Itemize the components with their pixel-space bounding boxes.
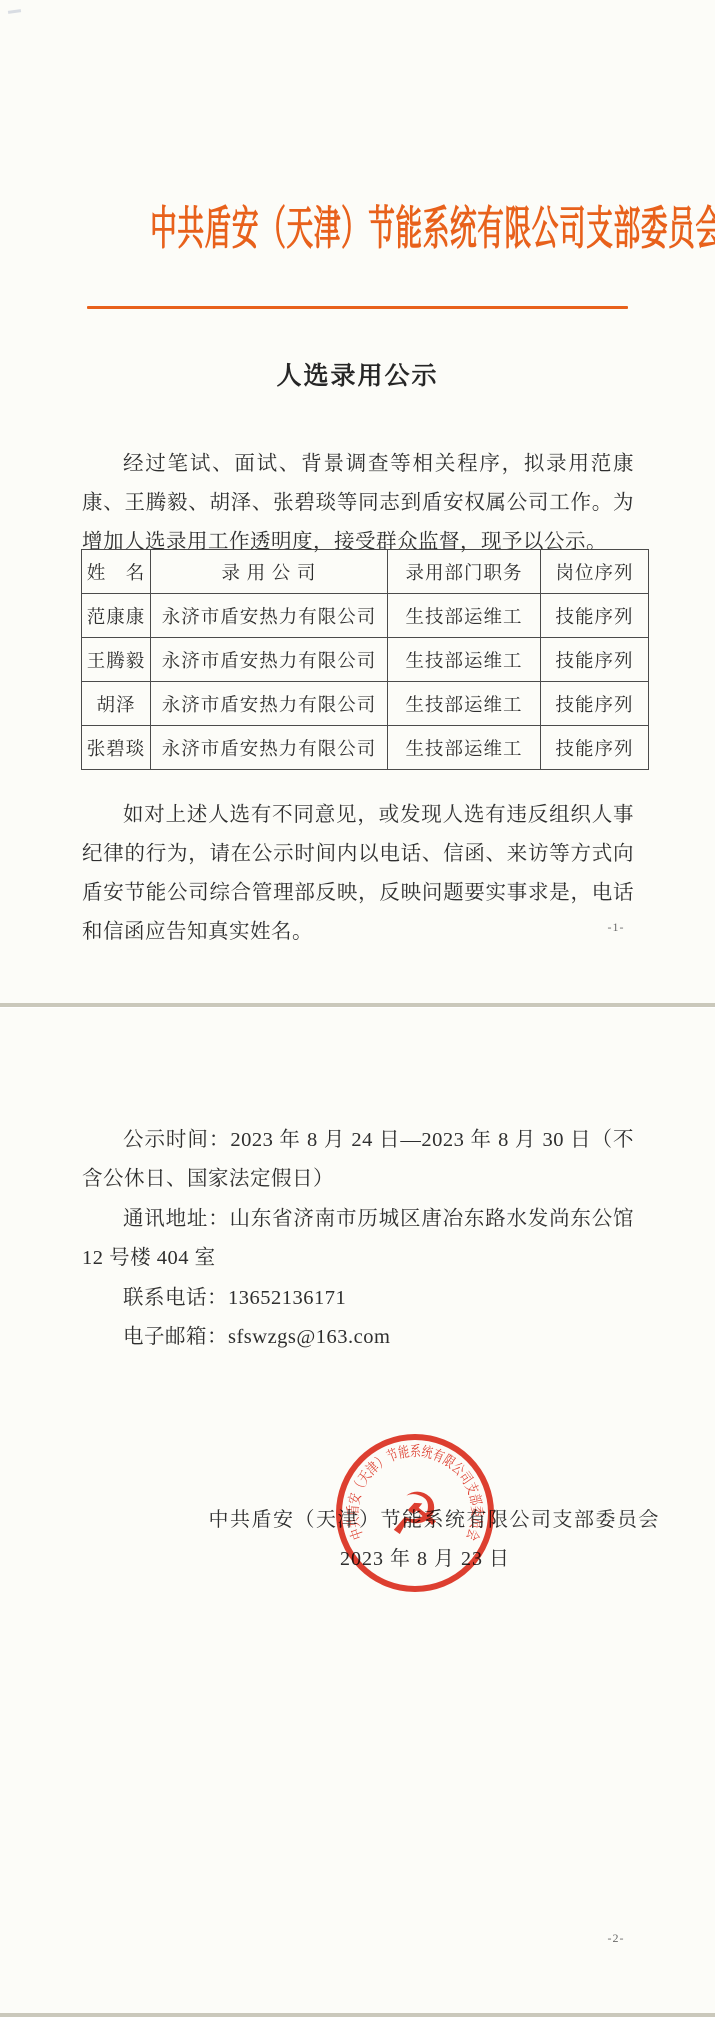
table-row: 张碧琰 永济市盾安热力有限公司 生技部运维工 技能序列 bbox=[82, 726, 649, 770]
table-cell: 生技部运维工 bbox=[388, 682, 541, 726]
table-cell: 生技部运维工 bbox=[388, 726, 541, 770]
letterhead-rule bbox=[87, 306, 628, 309]
table-cell: 生技部运维工 bbox=[388, 638, 541, 682]
table-cell: 永济市盾安热力有限公司 bbox=[151, 638, 388, 682]
table-cell: 技能序列 bbox=[541, 638, 649, 682]
scan-artifact bbox=[8, 9, 21, 14]
table-cell: 永济市盾安热力有限公司 bbox=[151, 726, 388, 770]
scanned-document: 中共盾安（天津）节能系统有限公司支部委员会 人选录用公示 经过笔试、面试、背景调… bbox=[0, 0, 715, 2021]
page-number-1: -1- bbox=[596, 920, 636, 935]
recruitment-table: 姓 名 录 用 公 司 录用部门职务 岗位序列 范康康 永济市盾安热力有限公司 … bbox=[81, 549, 649, 770]
table-header-cell: 岗位序列 bbox=[541, 550, 649, 594]
intro-paragraph: 经过笔试、面试、背景调查等相关程序，拟录用范康康、王腾毅、胡泽、张碧琰等同志到盾… bbox=[82, 445, 634, 562]
contact-email: 电子邮箱：sfswzgs@163.com bbox=[82, 1318, 634, 1357]
signature-date: 2023 年 8 月 23 日 bbox=[82, 1542, 660, 1571]
table-row: 范康康 永济市盾安热力有限公司 生技部运维工 技能序列 bbox=[82, 594, 649, 638]
page-number-2: -2- bbox=[596, 1931, 636, 1946]
feedback-paragraph: 如对上述人选有不同意见，或发现人选有违反组织人事纪律的行为，请在公示时间内以电话… bbox=[82, 796, 634, 952]
contact-phone: 联系电话：13652136171 bbox=[82, 1279, 634, 1318]
letterhead-title: 中共盾安（天津）节能系统有限公司支部委员会 bbox=[150, 203, 565, 256]
publicity-period: 公示时间：2023 年 8 月 24 日—2023 年 8 月 30 日（不含公… bbox=[82, 1121, 634, 1199]
table-cell: 永济市盾安热力有限公司 bbox=[151, 594, 388, 638]
table-row: 胡泽 永济市盾安热力有限公司 生技部运维工 技能序列 bbox=[82, 682, 649, 726]
table-cell: 生技部运维工 bbox=[388, 594, 541, 638]
contact-address: 通讯地址：山东省济南市历城区唐冶东路水发尚东公馆 12 号楼 404 室 bbox=[82, 1200, 634, 1278]
page-divider bbox=[0, 1003, 715, 1007]
table-header-cell: 录用部门职务 bbox=[388, 550, 541, 594]
table-cell: 张碧琰 bbox=[82, 726, 151, 770]
table-row: 王腾毅 永济市盾安热力有限公司 生技部运维工 技能序列 bbox=[82, 638, 649, 682]
table-header-cell: 姓 名 bbox=[82, 550, 151, 594]
table-cell: 胡泽 bbox=[82, 682, 151, 726]
table-cell: 技能序列 bbox=[541, 726, 649, 770]
table-cell: 技能序列 bbox=[541, 682, 649, 726]
table-header-cell: 录 用 公 司 bbox=[151, 550, 388, 594]
table-header-row: 姓 名 录 用 公 司 录用部门职务 岗位序列 bbox=[82, 550, 649, 594]
table-cell: 王腾毅 bbox=[82, 638, 151, 682]
table-cell: 范康康 bbox=[82, 594, 151, 638]
signature-org: 中共盾安（天津）节能系统有限公司支部委员会 bbox=[82, 1503, 660, 1532]
page-bottom-edge bbox=[0, 2013, 715, 2017]
table-cell: 永济市盾安热力有限公司 bbox=[151, 682, 388, 726]
doc-title: 人选录用公示 bbox=[0, 356, 715, 392]
table-cell: 技能序列 bbox=[541, 594, 649, 638]
